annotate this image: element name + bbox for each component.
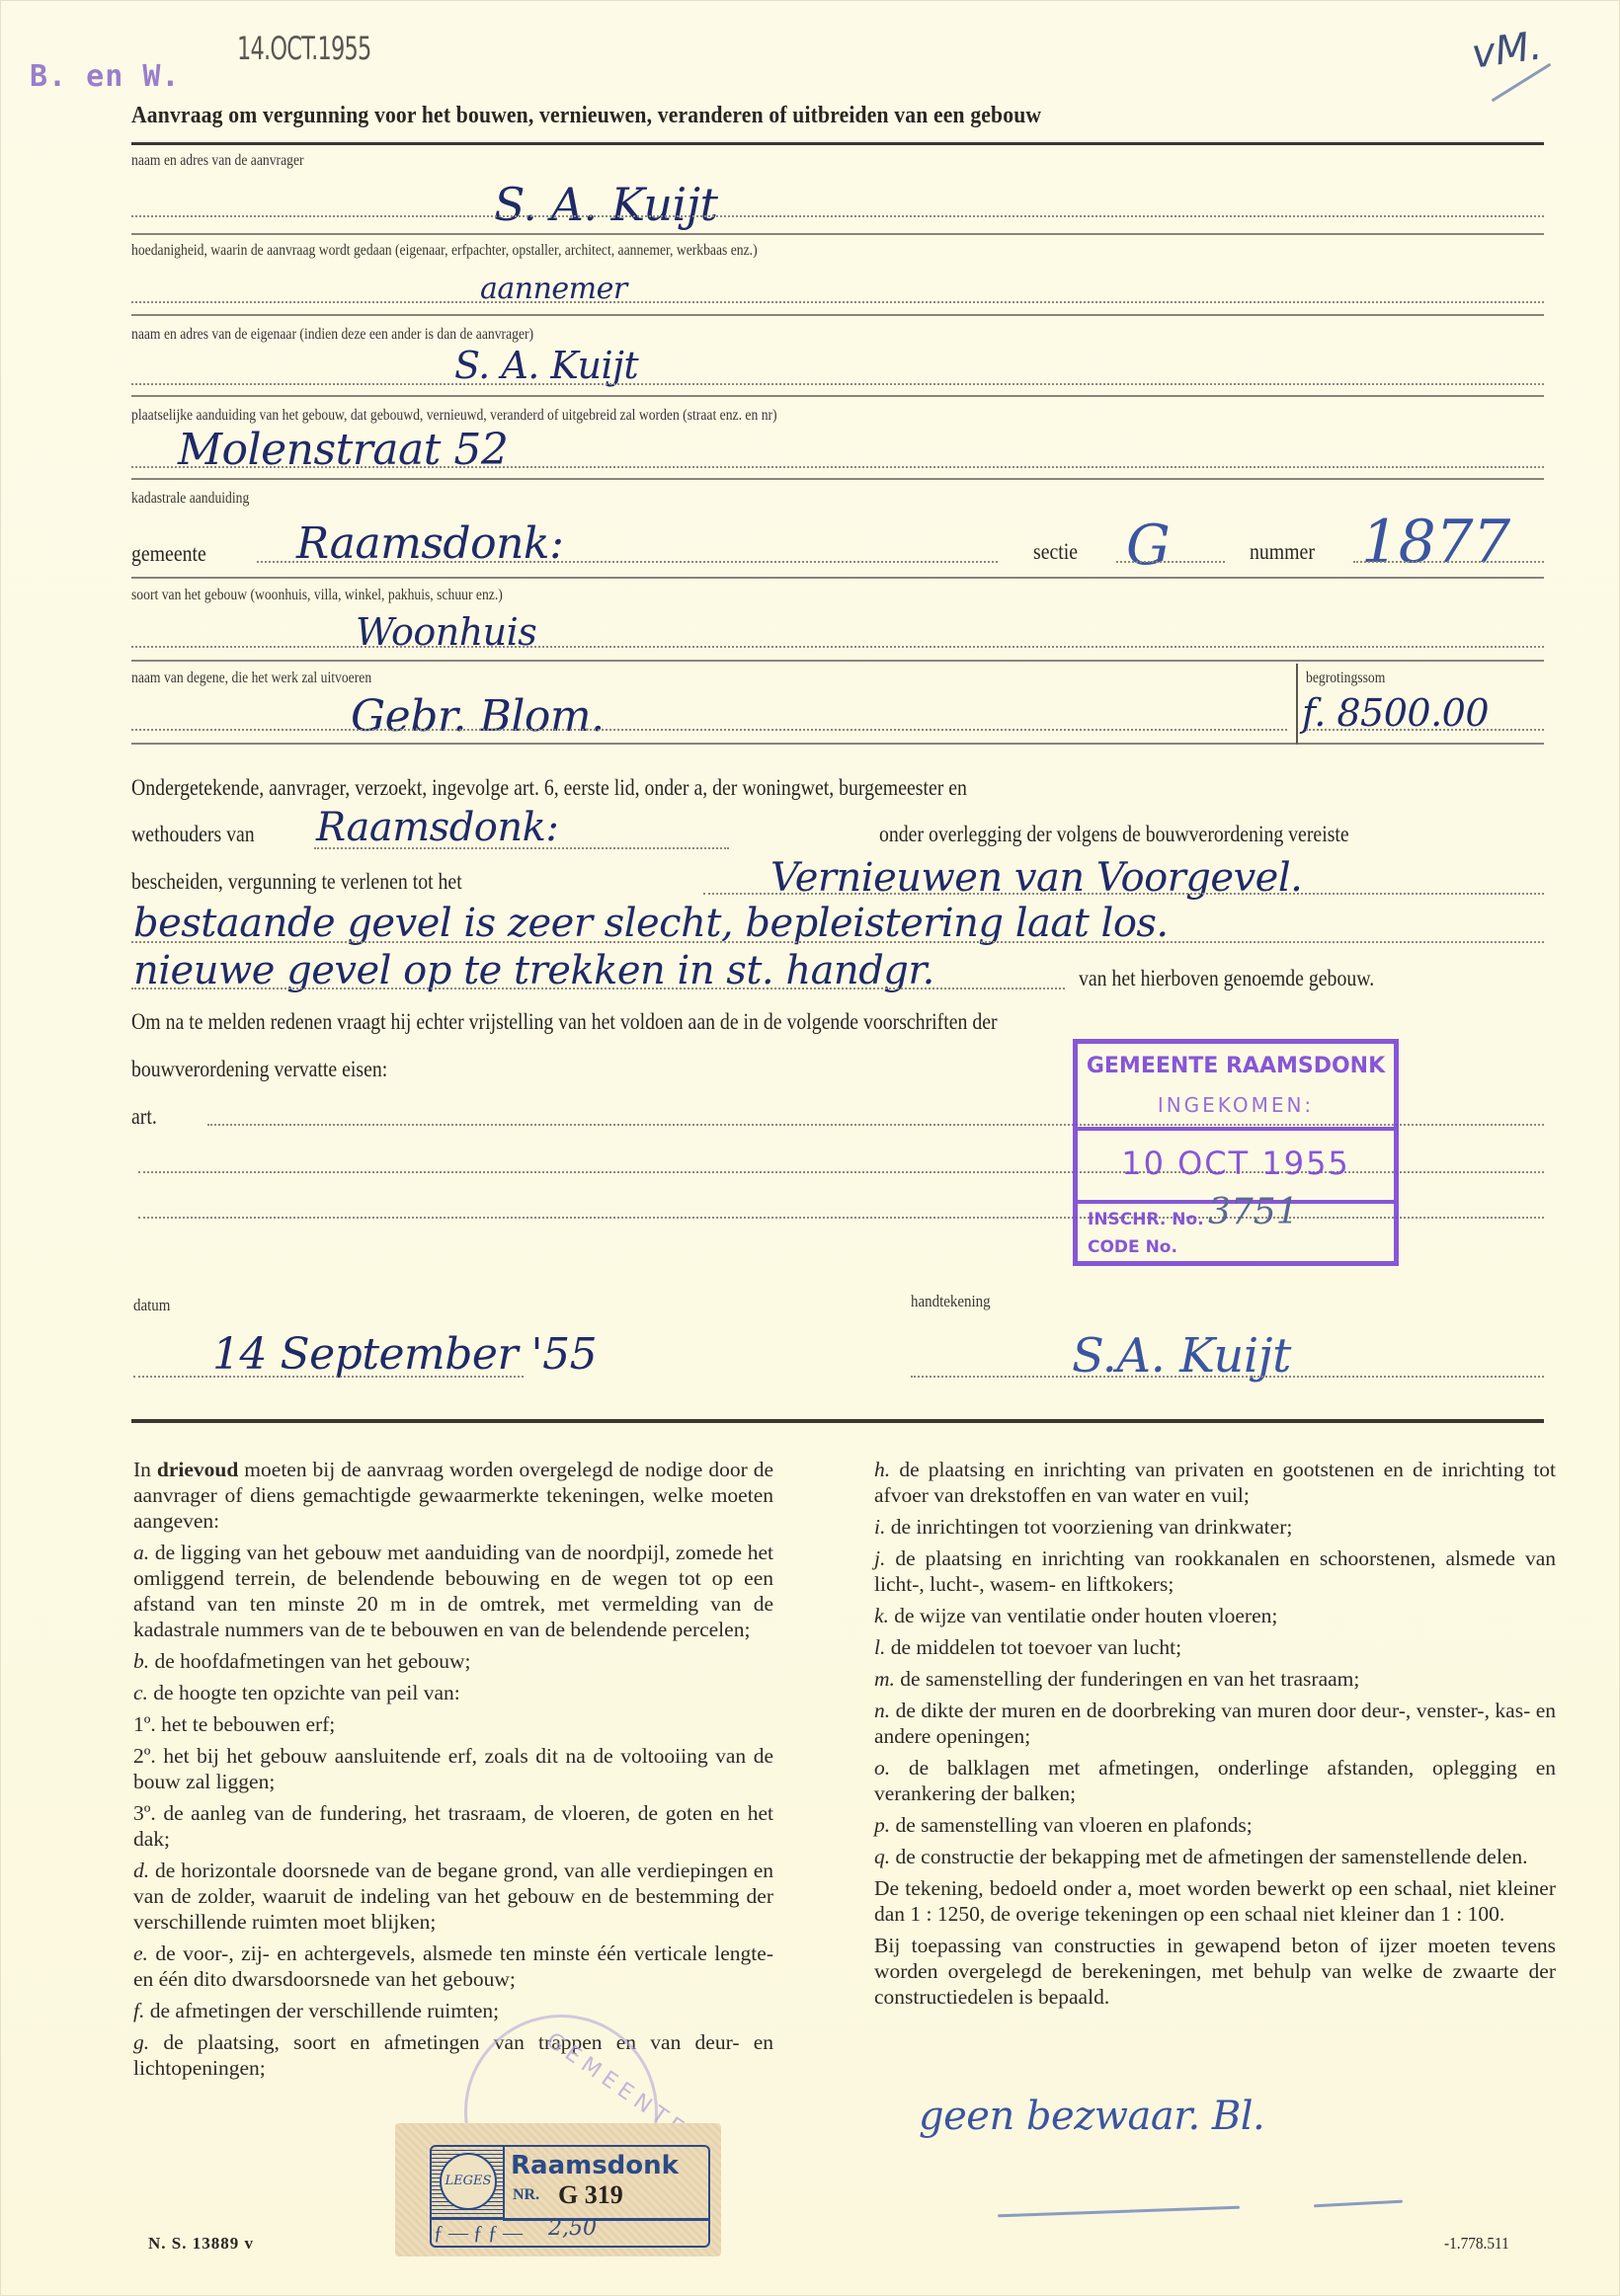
location-line: [131, 466, 1544, 468]
date-label: datum: [133, 1296, 170, 1315]
divider: [131, 577, 1544, 579]
divider: [131, 478, 1544, 480]
date-line: [133, 1376, 524, 1378]
request-municipality-line: [314, 847, 729, 849]
instruction-marker: a.: [133, 1541, 155, 1564]
instructions-left: In drievoud moeten bij de aanvraag worde…: [133, 1457, 773, 2087]
instruction-marker: f.: [133, 1999, 150, 2022]
request-line-1: Ondergetekende, aanvrager, verzoekt, ing…: [131, 775, 1567, 801]
budget-line: [1306, 729, 1544, 731]
document-page: B. en W. 14.OCT.1955 vM. Aanvraag om ver…: [0, 0, 1620, 2296]
leges-nr-value: G 319: [558, 2180, 623, 2210]
instruction-item: De tekening, bedoeld onder a, moet worde…: [874, 1875, 1556, 1927]
section-line: [1116, 561, 1225, 563]
location-label: plaatselijke aanduiding van het gebouw, …: [131, 407, 777, 425]
instruction-marker: l.: [874, 1635, 891, 1659]
reception-stamp-date: 10 OCT 1955: [1078, 1145, 1394, 1182]
request-line-6: Om na te melden redenen vraagt hij echte…: [131, 1009, 998, 1035]
contractor-value[interactable]: Gebr. Blom.: [351, 691, 605, 742]
number-label: nummer: [1250, 539, 1315, 565]
corner-initials: vM.: [1469, 23, 1545, 77]
leges-amount: 2,50: [548, 2216, 597, 2241]
divider: [131, 314, 1544, 316]
instructions-right: h. de plaatsing en inrichting van privat…: [874, 1457, 1556, 2016]
municipality-label: gemeente: [131, 541, 206, 567]
instruction-marker: 2º.: [133, 1744, 163, 1768]
instruction-item: f. de afmetingen der verschillende ruimt…: [133, 1998, 773, 2023]
contractor-line: [131, 729, 1287, 731]
instruction-item: e. de voor-, zij- en achtergevels, alsme…: [133, 1940, 773, 1992]
reception-stamp: GEMEENTE RAAMSDONK INGEKOMEN: 10 OCT 195…: [1073, 1039, 1399, 1266]
number-line: [1353, 561, 1544, 563]
date-value[interactable]: 14 September '55: [212, 1329, 597, 1380]
instruction-item: o. de balklagen met afmetingen, onderlin…: [874, 1755, 1556, 1806]
budget-divider: [1296, 664, 1298, 745]
reception-stamp-code-label: CODE No.: [1088, 1237, 1404, 1257]
cadastral-label: kadastrale aanduiding: [131, 490, 249, 508]
instruction-item: g. de plaatsing, soort en afmetingen van…: [133, 2029, 773, 2081]
building-type-line: [131, 646, 1544, 648]
municipality-line: [257, 561, 998, 563]
instruction-item: p. de samenstelling van vloeren en plafo…: [874, 1812, 1556, 1838]
instruction-item: n. de dikte der muren en de doorbreking …: [874, 1698, 1556, 1749]
instruction-marker: p.: [874, 1813, 896, 1837]
owner-label: naam en adres van de eigenaar (indien de…: [131, 326, 533, 344]
leges-logo-icon: LEGES: [432, 2147, 505, 2220]
contractor-label: naam van degene, die het werk zal uitvoe…: [131, 670, 371, 687]
instruction-item: b. de hoofdafmetingen van het gebouw;: [133, 1648, 773, 1674]
divider: [131, 660, 1544, 662]
number-value[interactable]: 1877: [1361, 508, 1510, 577]
instruction-item: 1º. het te bebouwen erf;: [133, 1711, 773, 1737]
instruction-item: h. de plaatsing en inrichting van privat…: [874, 1457, 1556, 1508]
instruction-item: d. de horizontale doorsnede van de began…: [133, 1858, 773, 1935]
divider: [131, 233, 1544, 235]
leges-municipality: Raamsdonk: [511, 2151, 679, 2180]
request-line-2-suffix: onder overlegging der volgens de bouwver…: [879, 822, 1349, 847]
title-rule: [131, 142, 1544, 145]
instruction-marker: 1º.: [133, 1712, 161, 1736]
instruction-marker: c.: [133, 1681, 153, 1704]
request-line-5-suffix: van het hierboven genoemde gebouw.: [1079, 966, 1374, 991]
instruction-marker: m.: [874, 1667, 900, 1691]
instruction-item: 2º. het bij het gebouw aansluitende erf,…: [133, 1743, 773, 1794]
leges-divider: [503, 2218, 708, 2221]
reception-stamp-municipality: GEMEENTE RAAMSDONK: [1078, 1054, 1394, 1078]
instruction-marker: j.: [874, 1546, 895, 1570]
instruction-item: i. de inrichtingen tot voorziening van d…: [874, 1514, 1556, 1540]
request-line-3-prefix: bescheiden, vergunning te verlenen tot h…: [131, 869, 462, 895]
signature-label: handtekening: [911, 1292, 991, 1311]
leges-nr-label: NR.: [513, 2186, 539, 2204]
instruction-item: k. de wijze van ventilatie onder houten …: [874, 1603, 1556, 1628]
section-value[interactable]: G: [1126, 514, 1170, 578]
instruction-item: q. de constructie der bekapping met de a…: [874, 1844, 1556, 1869]
print-code: -1.778.511: [1444, 2234, 1509, 2254]
received-date-stamp: 14.OCT.1955: [237, 30, 370, 67]
page-title: Aanvraag om vergunning voor het bouwen, …: [131, 103, 1041, 129]
instruction-marker: n.: [874, 1699, 896, 1722]
instruction-marker: b.: [133, 1649, 155, 1673]
note-underline: [1314, 2200, 1403, 2208]
instruction-marker: h.: [874, 1458, 899, 1481]
instruction-item: c. de hoogte ten opzichte van peil van:: [133, 1680, 773, 1705]
divider: [131, 743, 1544, 745]
request-purpose-line-3-dots: [131, 988, 1065, 990]
request-purpose-line-2[interactable]: bestaande gevel is zeer slecht, bepleist…: [133, 901, 1169, 946]
request-purpose-line-2-dots: [131, 941, 1544, 943]
instruction-marker: k.: [874, 1604, 894, 1627]
form-number: N. S. 13889 v: [148, 2234, 254, 2254]
board-stamp: B. en W.: [30, 59, 181, 94]
instruction-marker: i.: [874, 1515, 891, 1539]
request-municipality-value[interactable]: Raamsdonk:: [316, 805, 558, 850]
instruction-item: 3º. de aanleg van de fundering, het tras…: [133, 1800, 773, 1852]
budget-label: begrotingssom: [1306, 670, 1385, 687]
request-purpose-line: [703, 893, 1544, 895]
instruction-item: m. de samenstelling der funderingen en v…: [874, 1666, 1556, 1692]
applicant-value[interactable]: S. A. Kuijt: [494, 178, 718, 231]
handwritten-approval-note: geen bezwaar. Bl.: [919, 2094, 1264, 2139]
instruction-marker: q.: [874, 1845, 896, 1868]
applicant-line: [131, 215, 1544, 217]
art-label: art.: [131, 1104, 157, 1130]
reception-stamp-divider: [1078, 1127, 1394, 1131]
owner-value[interactable]: S. A. Kuijt: [454, 344, 638, 387]
section-label: sectie: [1033, 539, 1078, 565]
instruction-marker: g.: [133, 2030, 163, 2054]
reception-stamp-received: INGEKOMEN:: [1078, 1093, 1394, 1117]
owner-line: [131, 383, 1544, 385]
reception-stamp-inschr-value: 3751: [1208, 1192, 1299, 1232]
building-type-label: soort van het gebouw (woonhuis, villa, w…: [131, 587, 503, 604]
instruction-marker: d.: [133, 1859, 155, 1882]
section-rule: [131, 1419, 1544, 1423]
instruction-item: In drievoud moeten bij de aanvraag worde…: [133, 1457, 773, 1534]
request-line-7: bouwverordening vervatte eisen:: [131, 1057, 387, 1082]
leges-bottom-text: ƒ — ƒ ƒ —: [434, 2222, 523, 2245]
leges-stamp: LEGES Raamsdonk NR. G 319 ƒ — ƒ ƒ — 2,50: [395, 2123, 721, 2256]
instruction-marker: 3º.: [133, 1801, 163, 1825]
instruction-item: a. de ligging van het gebouw met aanduid…: [133, 1540, 773, 1642]
instruction-marker: e.: [133, 1941, 155, 1965]
capacity-line: [131, 301, 1544, 303]
instruction-item: j. de plaatsing en inrichting van rookka…: [874, 1545, 1556, 1597]
divider: [131, 395, 1544, 397]
instruction-marker: o.: [874, 1756, 909, 1780]
applicant-label: naam en adres van de aanvrager: [131, 152, 304, 170]
signature-line: [911, 1376, 1544, 1378]
instruction-item: l. de middelen tot toevoer van lucht;: [874, 1634, 1556, 1660]
capacity-label: hoedanigheid, waarin de aanvraag wordt g…: [131, 242, 758, 260]
request-line-2-prefix: wethouders van: [131, 822, 255, 847]
instruction-item: Bij toepassing van constructies in gewap…: [874, 1933, 1556, 2010]
note-underline: [998, 2206, 1240, 2218]
